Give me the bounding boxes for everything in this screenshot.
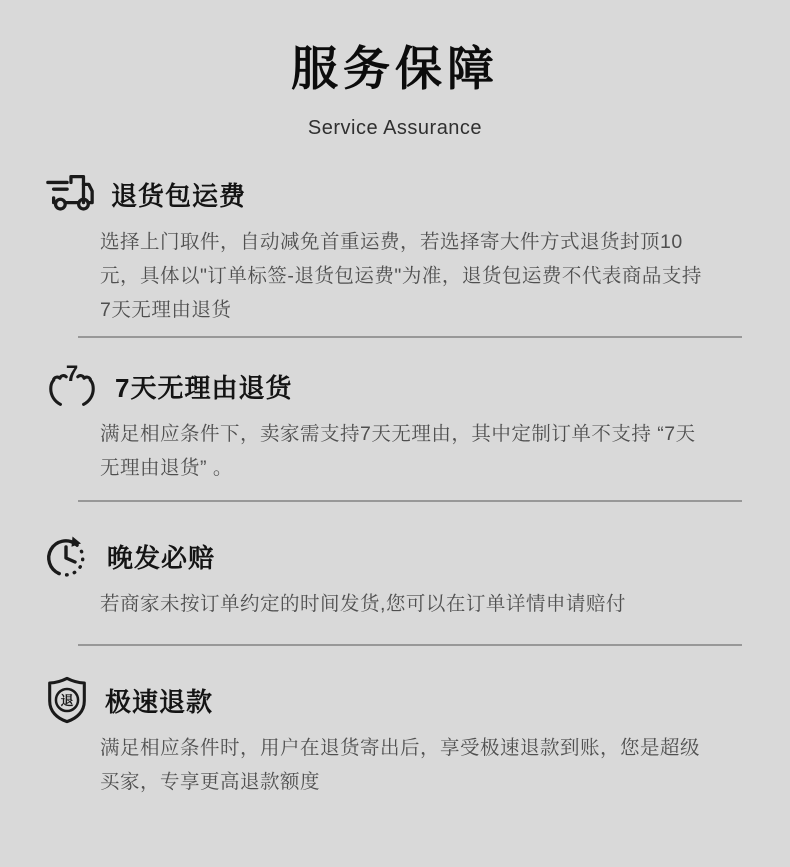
section-body: 满足相应条件下，卖家需支持7天无理由，其中定制订单不支持 “7天无理由退货” 。: [100, 417, 712, 485]
section-heading: 7天无理由退货: [115, 368, 292, 405]
page-title: 服务保障: [0, 40, 790, 99]
section-header: 晚发必赔: [44, 532, 712, 580]
section-heading: 退货包运费: [111, 176, 246, 213]
refund-char-label: 退: [61, 693, 74, 708]
delivery-truck-icon: [44, 171, 96, 217]
clock-icon: [44, 532, 92, 580]
section-heading: 极速退款: [105, 682, 213, 719]
section-fast-refund: 退 极速退款 满足相应条件时，用户在退货寄出后，享受极速退款到账，您是超级买家，…: [44, 676, 712, 799]
section-heading: 晚发必赔: [107, 538, 215, 575]
section-divider: [78, 336, 742, 338]
section-divider: [78, 644, 742, 646]
page-subtitle: Service Assurance: [0, 117, 790, 140]
section-7day-return: 7 7天无理由退货 满足相应条件下，卖家需支持7天无理由，其中定制订单不支持 “…: [44, 362, 712, 485]
service-assurance-page: 服务保障 Service Assurance: [0, 0, 790, 867]
section-body: 满足相应条件时，用户在退货寄出后，享受极速退款到账，您是超级买家，专享更高退款额…: [100, 731, 712, 799]
section-header: 退 极速退款: [44, 676, 712, 724]
section-body: 选择上门取件，自动减免首重运费，若选择寄大件方式退货封顶10元，具体以"订单标签…: [100, 225, 712, 327]
section-divider: [78, 500, 742, 502]
hands-holding-7-icon: 7: [44, 362, 100, 410]
section-body: 若商家未按订单约定的时间发货,您可以在订单详情申请赔付: [100, 587, 712, 621]
shield-refund-icon: 退: [44, 675, 90, 725]
section-header: 退货包运费: [44, 170, 712, 218]
section-return-shipping: 退货包运费 选择上门取件，自动减免首重运费，若选择寄大件方式退货封顶10元，具体…: [44, 170, 712, 327]
section-header: 7 7天无理由退货: [44, 362, 712, 410]
digit-7-label: 7: [66, 362, 78, 386]
section-late-shipping: 晚发必赔 若商家未按订单约定的时间发货,您可以在订单详情申请赔付: [44, 532, 712, 621]
